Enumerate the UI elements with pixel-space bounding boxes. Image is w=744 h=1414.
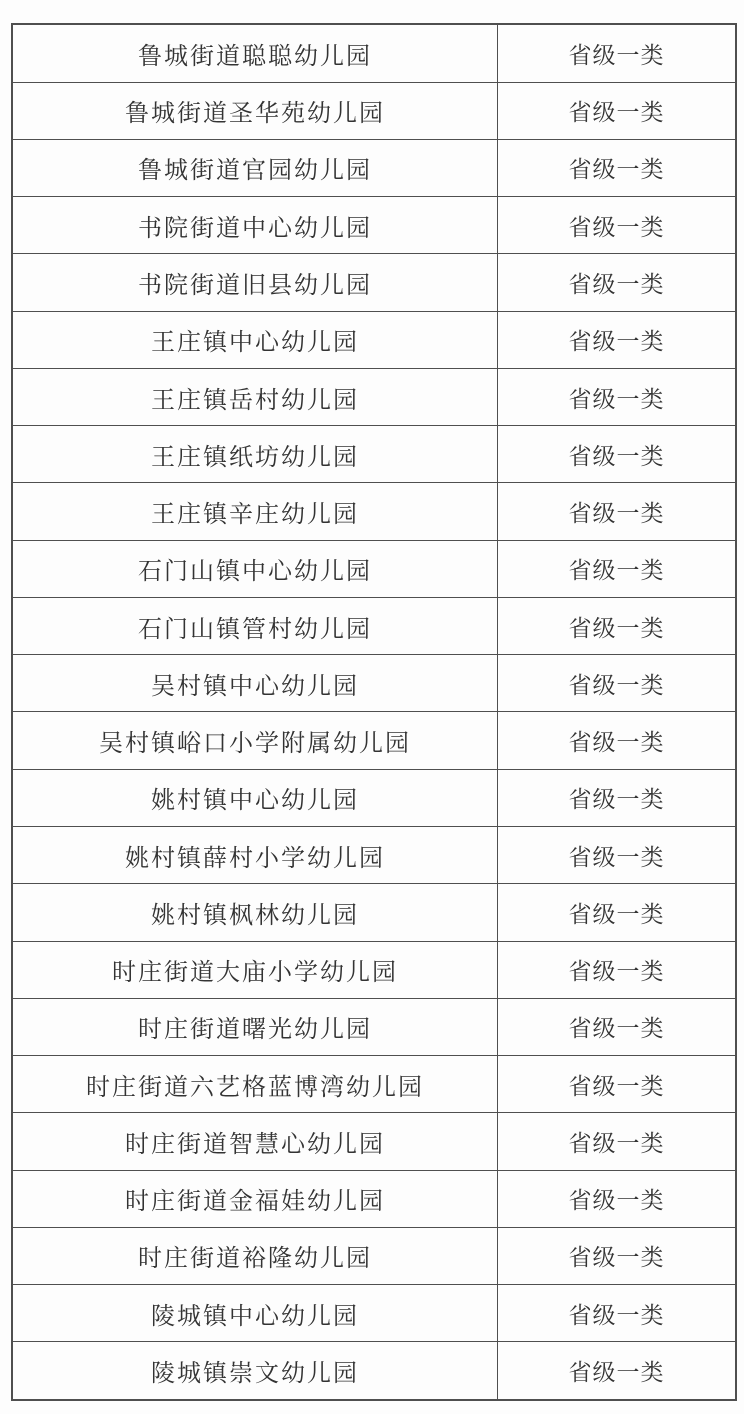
- rating-level-cell: 省级一类: [498, 941, 737, 998]
- rating-level-cell: 省级一类: [498, 197, 737, 254]
- kindergarten-name-cell: 书院街道中心幼儿园: [12, 197, 498, 254]
- table-row: 王庄镇辛庄幼儿园 省级一类: [12, 483, 736, 540]
- kindergarten-name-cell: 姚村镇枫林幼儿园: [12, 884, 498, 941]
- kindergarten-name-cell: 时庄街道大庙小学幼儿园: [12, 941, 498, 998]
- table-row: 王庄镇纸坊幼儿园 省级一类: [12, 426, 736, 483]
- table-row: 姚村镇中心幼儿园 省级一类: [12, 769, 736, 826]
- table-row: 王庄镇中心幼儿园 省级一类: [12, 311, 736, 368]
- table-row: 时庄街道智慧心幼儿园 省级一类: [12, 1113, 736, 1170]
- kindergarten-name-cell: 鲁城街道官园幼儿园: [12, 139, 498, 196]
- kindergarten-name-cell: 时庄街道六艺格蓝博湾幼儿园: [12, 1056, 498, 1113]
- kindergarten-name-cell: 陵城镇崇文幼儿园: [12, 1342, 498, 1400]
- kindergarten-name-cell: 时庄街道智慧心幼儿园: [12, 1113, 498, 1170]
- kindergarten-name-cell: 时庄街道曙光幼儿园: [12, 998, 498, 1055]
- rating-level-cell: 省级一类: [498, 254, 737, 311]
- rating-level-cell: 省级一类: [498, 769, 737, 826]
- kindergarten-name-cell: 王庄镇岳村幼儿园: [12, 368, 498, 425]
- table-row: 时庄街道大庙小学幼儿园 省级一类: [12, 941, 736, 998]
- table-row: 姚村镇枫林幼儿园 省级一类: [12, 884, 736, 941]
- kindergarten-name-cell: 时庄街道裕隆幼儿园: [12, 1227, 498, 1284]
- kindergarten-rating-table: 鲁城街道聪聪幼儿园 省级一类 鲁城街道圣华苑幼儿园 省级一类 鲁城街道官园幼儿园…: [11, 23, 737, 1401]
- rating-level-cell: 省级一类: [498, 655, 737, 712]
- rating-table-body: 鲁城街道聪聪幼儿园 省级一类 鲁城街道圣华苑幼儿园 省级一类 鲁城街道官园幼儿园…: [12, 24, 736, 1400]
- table-row: 时庄街道金福娃幼儿园 省级一类: [12, 1170, 736, 1227]
- rating-level-cell: 省级一类: [498, 82, 737, 139]
- table-row: 石门山镇中心幼儿园 省级一类: [12, 540, 736, 597]
- rating-level-cell: 省级一类: [498, 1056, 737, 1113]
- rating-level-cell: 省级一类: [498, 1342, 737, 1400]
- rating-level-cell: 省级一类: [498, 827, 737, 884]
- kindergarten-name-cell: 书院街道旧县幼儿园: [12, 254, 498, 311]
- kindergarten-name-cell: 王庄镇纸坊幼儿园: [12, 426, 498, 483]
- kindergarten-name-cell: 王庄镇辛庄幼儿园: [12, 483, 498, 540]
- rating-level-cell: 省级一类: [498, 1227, 737, 1284]
- table-row: 书院街道旧县幼儿园 省级一类: [12, 254, 736, 311]
- rating-level-cell: 省级一类: [498, 1285, 737, 1342]
- rating-level-cell: 省级一类: [498, 712, 737, 769]
- table-row: 姚村镇薛村小学幼儿园 省级一类: [12, 827, 736, 884]
- rating-level-cell: 省级一类: [498, 426, 737, 483]
- rating-level-cell: 省级一类: [498, 368, 737, 425]
- table-row: 鲁城街道聪聪幼儿园 省级一类: [12, 24, 736, 82]
- kindergarten-name-cell: 陵城镇中心幼儿园: [12, 1285, 498, 1342]
- kindergarten-name-cell: 王庄镇中心幼儿园: [12, 311, 498, 368]
- rating-level-cell: 省级一类: [498, 1170, 737, 1227]
- table-row: 书院街道中心幼儿园 省级一类: [12, 197, 736, 254]
- kindergarten-name-cell: 石门山镇中心幼儿园: [12, 540, 498, 597]
- rating-level-cell: 省级一类: [498, 139, 737, 196]
- table-row: 鲁城街道官园幼儿园 省级一类: [12, 139, 736, 196]
- kindergarten-name-cell: 石门山镇管村幼儿园: [12, 597, 498, 654]
- table-row: 王庄镇岳村幼儿园 省级一类: [12, 368, 736, 425]
- kindergarten-name-cell: 时庄街道金福娃幼儿园: [12, 1170, 498, 1227]
- rating-level-cell: 省级一类: [498, 24, 737, 82]
- table-row: 陵城镇中心幼儿园 省级一类: [12, 1285, 736, 1342]
- kindergarten-name-cell: 姚村镇中心幼儿园: [12, 769, 498, 826]
- rating-level-cell: 省级一类: [498, 311, 737, 368]
- rating-level-cell: 省级一类: [498, 884, 737, 941]
- table-row: 吴村镇峪口小学附属幼儿园 省级一类: [12, 712, 736, 769]
- table-row: 石门山镇管村幼儿园 省级一类: [12, 597, 736, 654]
- rating-level-cell: 省级一类: [498, 597, 737, 654]
- table-row: 时庄街道裕隆幼儿园 省级一类: [12, 1227, 736, 1284]
- rating-level-cell: 省级一类: [498, 1113, 737, 1170]
- rating-level-cell: 省级一类: [498, 540, 737, 597]
- rating-level-cell: 省级一类: [498, 998, 737, 1055]
- kindergarten-name-cell: 鲁城街道圣华苑幼儿园: [12, 82, 498, 139]
- table-row: 陵城镇崇文幼儿园 省级一类: [12, 1342, 736, 1400]
- kindergarten-name-cell: 鲁城街道聪聪幼儿园: [12, 24, 498, 82]
- table-row: 时庄街道曙光幼儿园 省级一类: [12, 998, 736, 1055]
- table-row: 鲁城街道圣华苑幼儿园 省级一类: [12, 82, 736, 139]
- table-row: 时庄街道六艺格蓝博湾幼儿园 省级一类: [12, 1056, 736, 1113]
- rating-level-cell: 省级一类: [498, 483, 737, 540]
- kindergarten-name-cell: 姚村镇薛村小学幼儿园: [12, 827, 498, 884]
- kindergarten-name-cell: 吴村镇峪口小学附属幼儿园: [12, 712, 498, 769]
- kindergarten-name-cell: 吴村镇中心幼儿园: [12, 655, 498, 712]
- table-row: 吴村镇中心幼儿园 省级一类: [12, 655, 736, 712]
